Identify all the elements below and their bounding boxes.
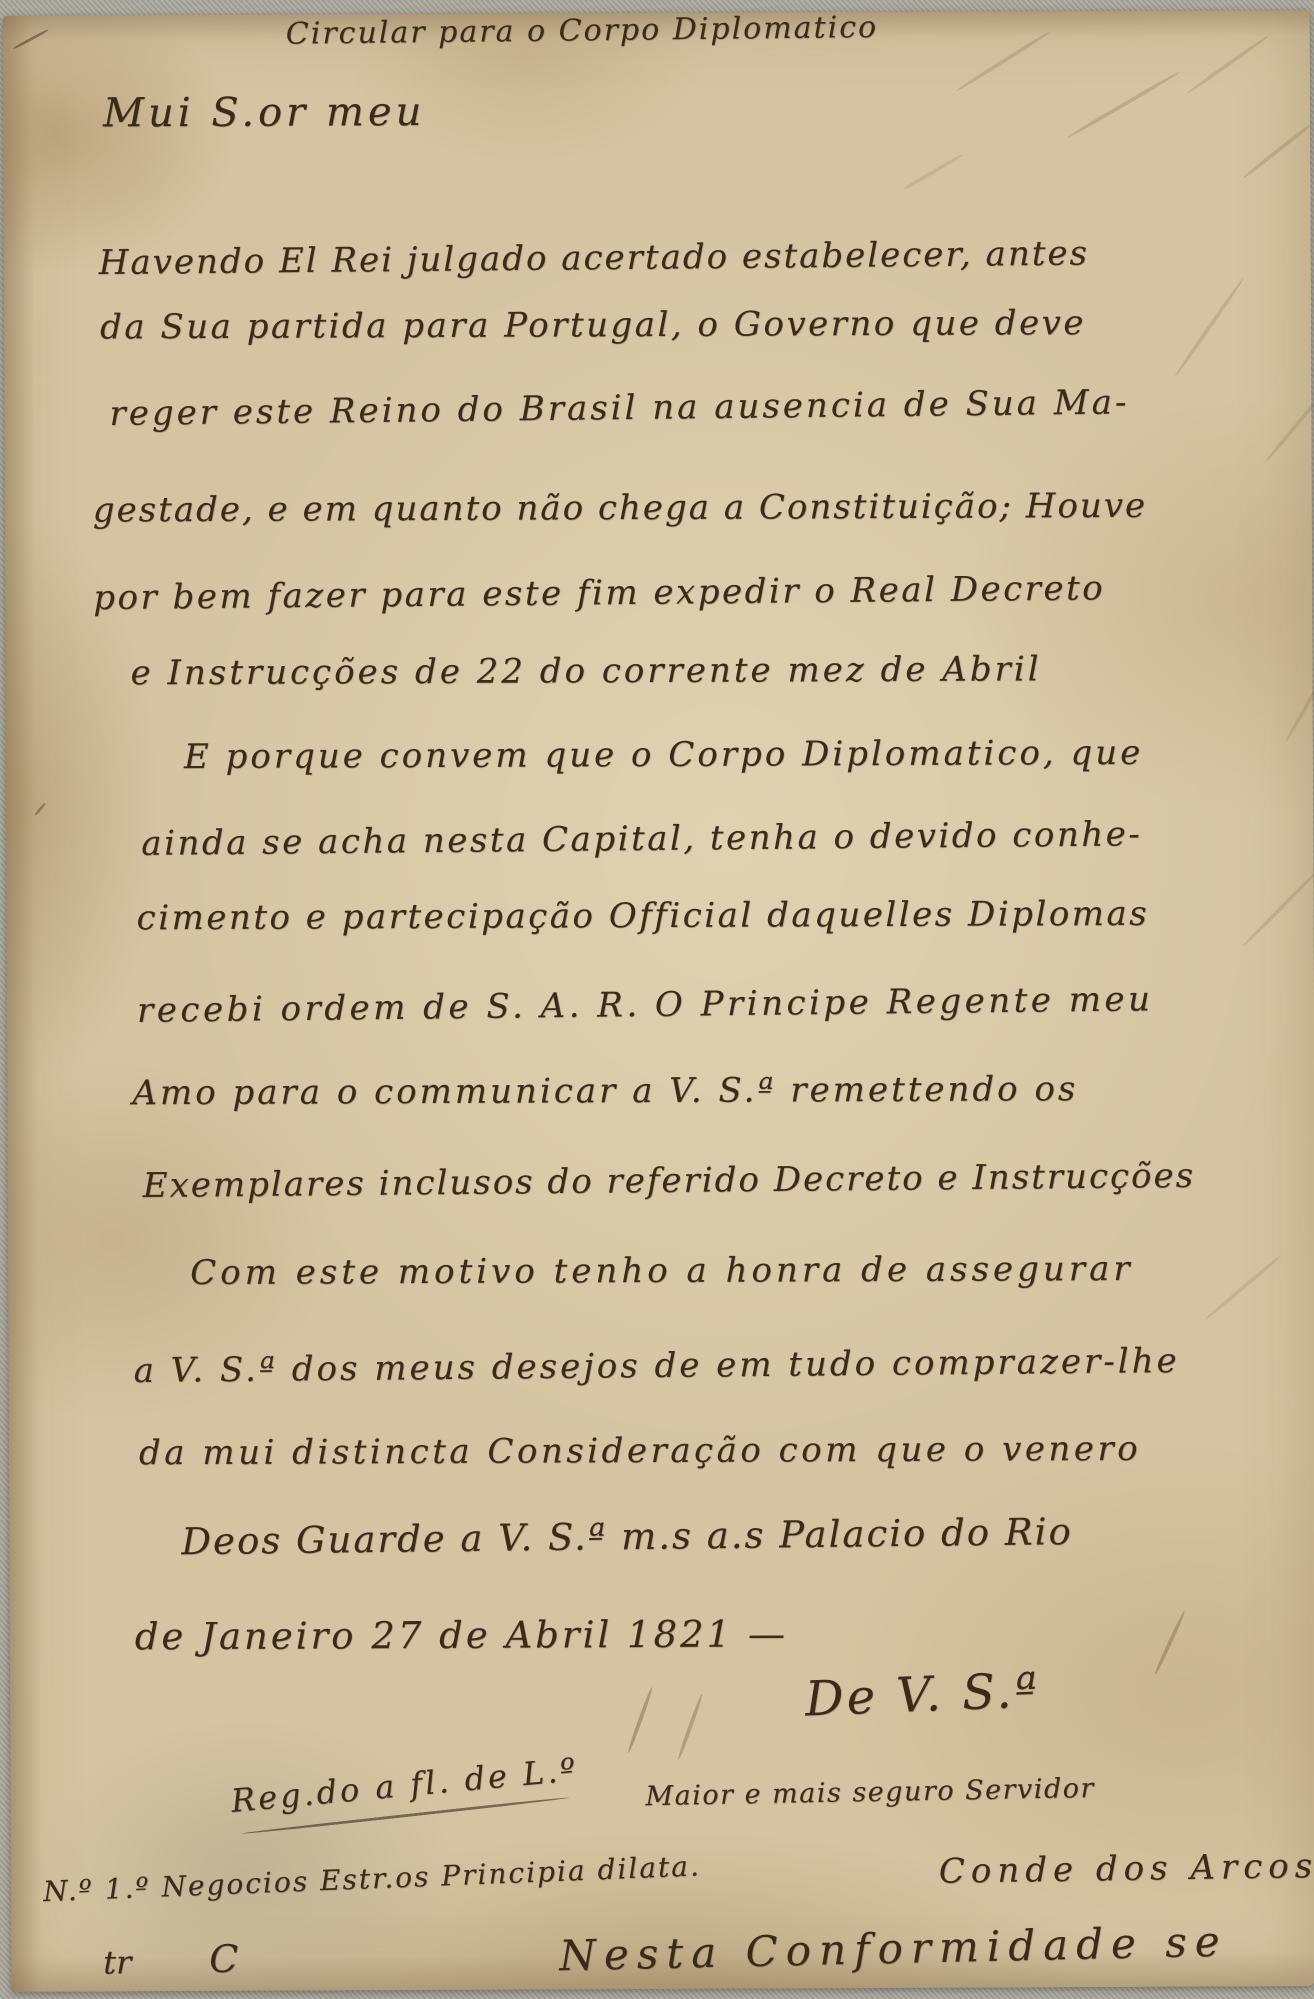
manuscript-line: recebi ordem de S. A. R. O Principe Rege… — [137, 979, 1154, 1031]
manuscript-line: E porque convem que o Corpo Diplomatico,… — [184, 733, 1144, 777]
manuscript-line: Havendo El Rei julgado acertado estabele… — [99, 234, 1090, 284]
pen-mark-top-left — [12, 28, 49, 50]
registry-number: N.º 1.º Negocios Estr.os Principia dilat… — [42, 1849, 701, 1908]
ink-showthrough-mark — [1066, 71, 1180, 140]
manuscript-line: da mui distincta Consideração com que o … — [139, 1429, 1141, 1473]
ink-showthrough-mark — [1204, 1254, 1283, 1322]
salutation: Mui S.or meu — [103, 89, 425, 136]
registry-note: Reg.do a fl. de L.º — [229, 1750, 579, 1820]
manuscript-line: a V. S.ª dos meus desejos de em tudo com… — [133, 1341, 1179, 1391]
signature-name: Conde dos Arcos — [939, 1846, 1314, 1892]
signature-addressee: De V. S.ª — [804, 1662, 1041, 1727]
valediction-line: Deos Guarde a V. S.ª m.s a.s Palacio do … — [181, 1510, 1073, 1563]
ink-showthrough-mark — [676, 1693, 703, 1760]
edge-fragment: C — [209, 1937, 238, 1981]
manuscript-line: e Instrucções de 22 do corrente mez de A… — [130, 649, 1041, 693]
ink-showthrough-mark — [626, 1686, 653, 1753]
ink-showthrough-mark — [1264, 391, 1314, 463]
manuscript-line: reger este Reino do Brasil na ausencia d… — [109, 382, 1129, 434]
manuscript-line: Amo para o communicar a V. S.ª remettend… — [132, 1069, 1078, 1113]
pen-mark-left-margin — [34, 802, 47, 816]
signature-courtesy: Maior e mais seguro Servidor — [645, 1773, 1095, 1812]
manuscript-line: gestade, e em quanto não chega a Constit… — [93, 486, 1147, 531]
ink-showthrough-mark — [1242, 121, 1314, 180]
manuscript-page: Circular para o Corpo Diplomatico Mui S.… — [3, 10, 1314, 1992]
manuscript-line: Com este motivo tenho a honra de assegur… — [190, 1249, 1134, 1293]
ink-showthrough-mark — [1173, 277, 1245, 378]
manuscript-line: ainda se acha nesta Capital, tenha o dev… — [141, 814, 1142, 864]
manuscript-line: Exemplares inclusos do referido Decreto … — [143, 1156, 1196, 1206]
next-page-text: Nesta Conformidade se — [559, 1917, 1228, 1981]
manuscript-line: da Sua partida para Portugal, o Governo … — [100, 303, 1086, 347]
edge-fragment: tr — [103, 1943, 131, 1981]
manuscript-line: cimento e partecipação Official daquelle… — [137, 894, 1150, 938]
ink-showthrough-mark — [1186, 34, 1270, 95]
ink-showthrough-mark — [1153, 1610, 1186, 1675]
dateline: de Janeiro 27 de Abril 1821 — — [135, 1612, 788, 1658]
docket-title: Circular para o Corpo Diplomatico — [286, 10, 879, 52]
ink-showthrough-mark — [902, 152, 964, 191]
manuscript-photograph: { "manuscript": { "header": "Circular pa… — [0, 0, 1314, 1999]
ink-showthrough-mark — [955, 30, 1050, 92]
ink-showthrough-mark — [1241, 867, 1314, 948]
manuscript-line: por bem fazer para este fim expedir o Re… — [93, 568, 1105, 618]
ink-showthrough-mark — [1284, 671, 1314, 742]
